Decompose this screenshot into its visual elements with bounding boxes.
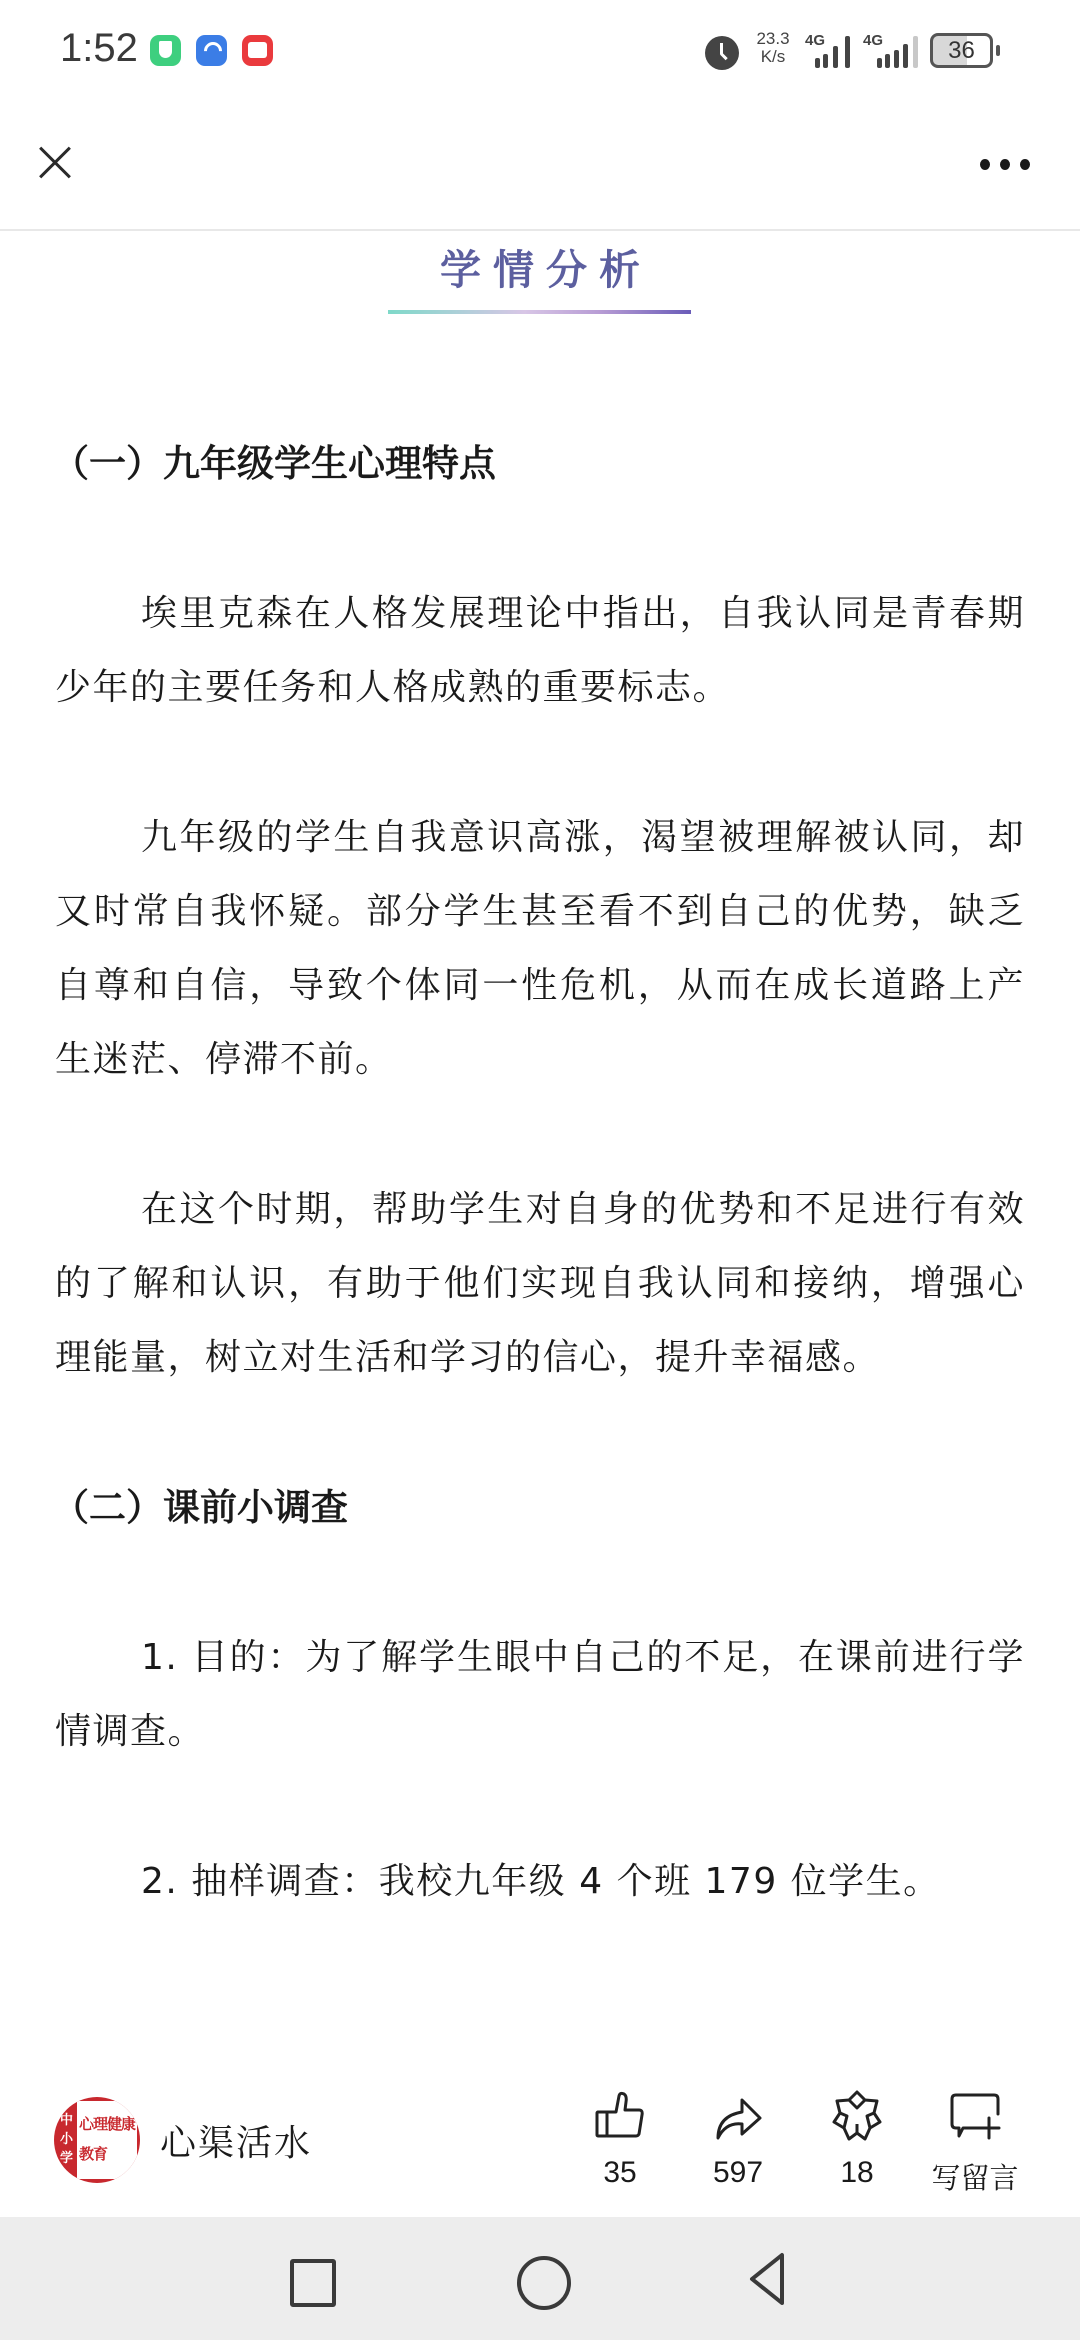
paragraph: 2. 抽样调查：我校九年级 4 个班 179 位学生。 <box>55 1845 1025 1919</box>
sim2-signal-icon: 4G <box>863 32 923 68</box>
dot <box>1020 159 1030 170</box>
network-speed-value: 23.3 <box>752 30 794 48</box>
red-app-icon <box>242 35 273 66</box>
signal-bar <box>845 36 850 68</box>
account-avatar[interactable]: 中小学 心理健康教育 <box>54 2097 140 2183</box>
signal-bar <box>815 58 820 68</box>
bottom-action-bar: 中小学 心理健康教育 心渠活水 35 597 18 写留言 <box>0 2070 1080 2215</box>
signal-bar <box>885 54 890 68</box>
status-time: 1:52 <box>60 26 138 71</box>
like-count: 35 <box>565 2156 675 2190</box>
avatar-text: 心理健康教育 <box>79 2109 135 2169</box>
shield-app-icon <box>150 35 181 66</box>
battery-icon: 36 <box>930 33 993 68</box>
heading-psych-traits: （一）九年级学生心理特点 <box>52 427 1025 501</box>
sim1-network-label: 4G <box>805 32 825 49</box>
avatar-side-text: 中小学 <box>60 2111 74 2168</box>
section-title: 学情分析 <box>0 237 1080 296</box>
thumbs-up-icon <box>592 2088 648 2144</box>
article-content: （一）九年级学生心理特点 埃里克森在人格发展理论中指出，自我认同是青春期少年的主… <box>55 427 1025 1919</box>
status-bar: 1:52 23.3 K/s 4G 4G 36 <box>0 0 1080 100</box>
article-body[interactable]: 学情分析 （一）九年级学生心理特点 埃里克森在人格发展理论中指出，自我认同是青春… <box>0 231 1080 2070</box>
like-button[interactable]: 35 <box>565 2088 675 2198</box>
account-name[interactable]: 心渠活水 <box>160 2115 312 2166</box>
comment-add-icon <box>947 2088 1003 2144</box>
home-circle-icon[interactable] <box>502 2241 578 2317</box>
paragraph: 1. 目的：为了解学生眼中自己的不足，在课前进行学情调查。 <box>55 1621 1025 1769</box>
wow-button[interactable]: 18 <box>802 2088 912 2198</box>
signal-bar <box>877 58 882 68</box>
sim2-network-label: 4G <box>863 32 883 49</box>
back-triangle-icon[interactable] <box>732 2241 808 2317</box>
paragraph: 九年级的学生自我意识高涨，渴望被理解被认同，却又时常自我怀疑。部分学生甚至看不到… <box>55 801 1025 1097</box>
battery-tip <box>996 45 1000 56</box>
close-icon[interactable] <box>28 136 82 190</box>
paragraph: 埃里克森在人格发展理论中指出，自我认同是青春期少年的主要任务和人格成熟的重要标志… <box>55 577 1025 725</box>
network-speed: 23.3 K/s <box>752 30 794 66</box>
paragraph: 在这个时期，帮助学生对自身的优势和不足进行有效的了解和认识，有助于他们实现自我认… <box>55 1173 1025 1395</box>
dot <box>1000 159 1010 170</box>
star-flower-icon <box>829 2088 885 2144</box>
wow-count: 18 <box>802 2156 912 2190</box>
alarm-icon <box>705 36 739 70</box>
signal-bar <box>833 46 838 68</box>
title-gradient-underline <box>388 310 691 314</box>
sim1-signal-icon: 4G <box>805 32 860 68</box>
write-comment-button[interactable]: 写留言 <box>920 2088 1030 2198</box>
hotspot-app-icon <box>196 35 227 66</box>
write-comment-label: 写留言 <box>920 2156 1030 2197</box>
share-count: 597 <box>683 2156 793 2190</box>
signal-bar <box>913 36 918 68</box>
more-options-icon[interactable] <box>972 144 1038 184</box>
heading-pre-class-survey: （二）课前小调查 <box>52 1471 1025 1545</box>
top-header <box>0 100 1080 231</box>
signal-bar <box>823 54 828 68</box>
signal-bar <box>903 44 908 68</box>
system-nav-bar <box>0 2217 1080 2340</box>
share-arrow-icon <box>710 2088 766 2144</box>
signal-bar <box>894 50 899 68</box>
network-speed-unit: K/s <box>752 48 794 66</box>
dot <box>980 159 990 170</box>
recents-square-icon[interactable] <box>270 2241 346 2317</box>
share-button[interactable]: 597 <box>683 2088 793 2198</box>
